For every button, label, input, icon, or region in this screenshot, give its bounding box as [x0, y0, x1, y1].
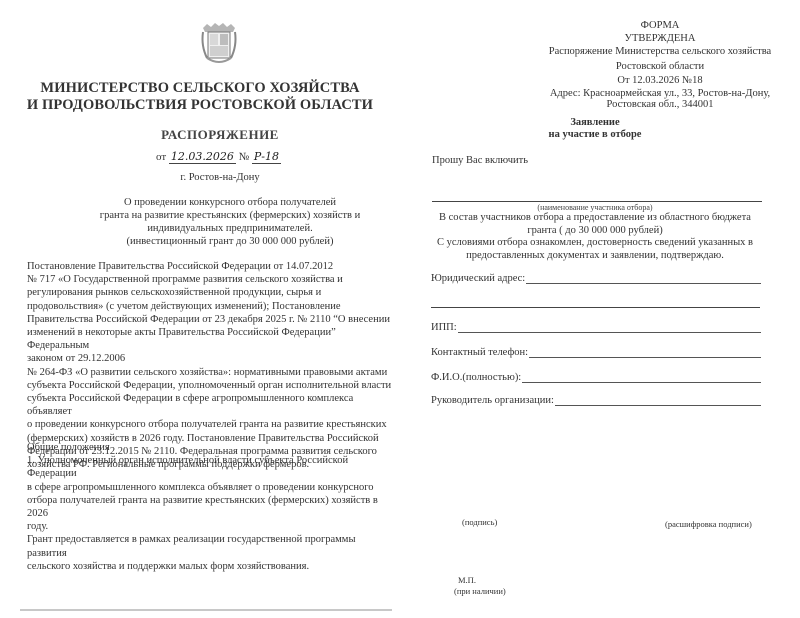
application-statement: В состав участников отбора а предоставле…: [425, 212, 765, 262]
phone-input[interactable]: [529, 347, 761, 358]
coat-of-arms-icon: [199, 22, 239, 66]
page-edge-divider: [20, 609, 392, 611]
signature-label: (подпись): [462, 517, 497, 527]
full-name-field: Ф.И.О.(полностью):: [431, 369, 761, 383]
order-date-number: от 12.03.2026 № Р-18: [156, 150, 281, 163]
order-number-handwritten: Р-18: [252, 150, 281, 164]
order-page: МИНИСТЕРСТВО СЕЛЬСКОГО ХОЗЯЙСТВА И ПРОДО…: [0, 0, 400, 618]
address-line-2: Ростовская обл., 344001: [460, 99, 800, 110]
legal-address-field: Юридический адрес:: [431, 270, 761, 284]
preamble-paragraph: Постановление Правительства Российской Ф…: [27, 260, 397, 471]
application-subtitle: на участие в отборе: [400, 129, 790, 140]
order-subject: О проведении конкурсного отбора получате…: [40, 196, 420, 248]
approval-date: От 12.03.2026 №18: [460, 75, 800, 86]
request-text: Прошу Вас включить: [432, 155, 528, 166]
city: г. Ростов-на-Дону: [0, 172, 440, 183]
general-provisions: Общие положения 1. Уполномоченный орган …: [27, 441, 397, 573]
address-line-1: Адрес: Красноармейская ул., 33, Ростов-н…: [460, 88, 800, 99]
inn-field: ИПП:: [431, 319, 761, 333]
signature-decode-label: (расшифровка подписи): [665, 519, 752, 529]
application-title: Заявление: [400, 117, 790, 128]
participant-name-line[interactable]: [432, 201, 762, 202]
application-form-page: ФОРМА УТВЕРЖДЕНА Распоряжение Министерст…: [400, 0, 800, 618]
approval-order: Распоряжение Министерства сельского хозя…: [460, 46, 800, 57]
legal-address-input[interactable]: [526, 273, 761, 284]
participant-name-hint: (наименование участника отбора): [400, 203, 790, 212]
full-name-input[interactable]: [522, 372, 761, 383]
inn-input[interactable]: [458, 322, 761, 333]
approval-region: Ростовской области: [460, 61, 800, 72]
approved-label: УТВЕРЖДЕНА: [460, 33, 800, 44]
order-title: РАСПОРЯЖЕНИЕ: [0, 127, 440, 143]
legal-address-line-2[interactable]: [431, 307, 760, 308]
ministry-name: МИНИСТЕРСТВО СЕЛЬСКОГО ХОЗЯЙСТВА И ПРОДО…: [0, 80, 400, 114]
phone-field: Контактный телефон:: [431, 344, 761, 358]
head-of-organization-input[interactable]: [555, 395, 761, 406]
form-label: ФОРМА: [460, 20, 800, 31]
order-date-handwritten: 12.03.2026: [169, 150, 236, 164]
stamp-placeholder: М.П. (при наличии): [454, 575, 506, 597]
head-of-organization-field: Руководитель организации:: [431, 392, 761, 406]
